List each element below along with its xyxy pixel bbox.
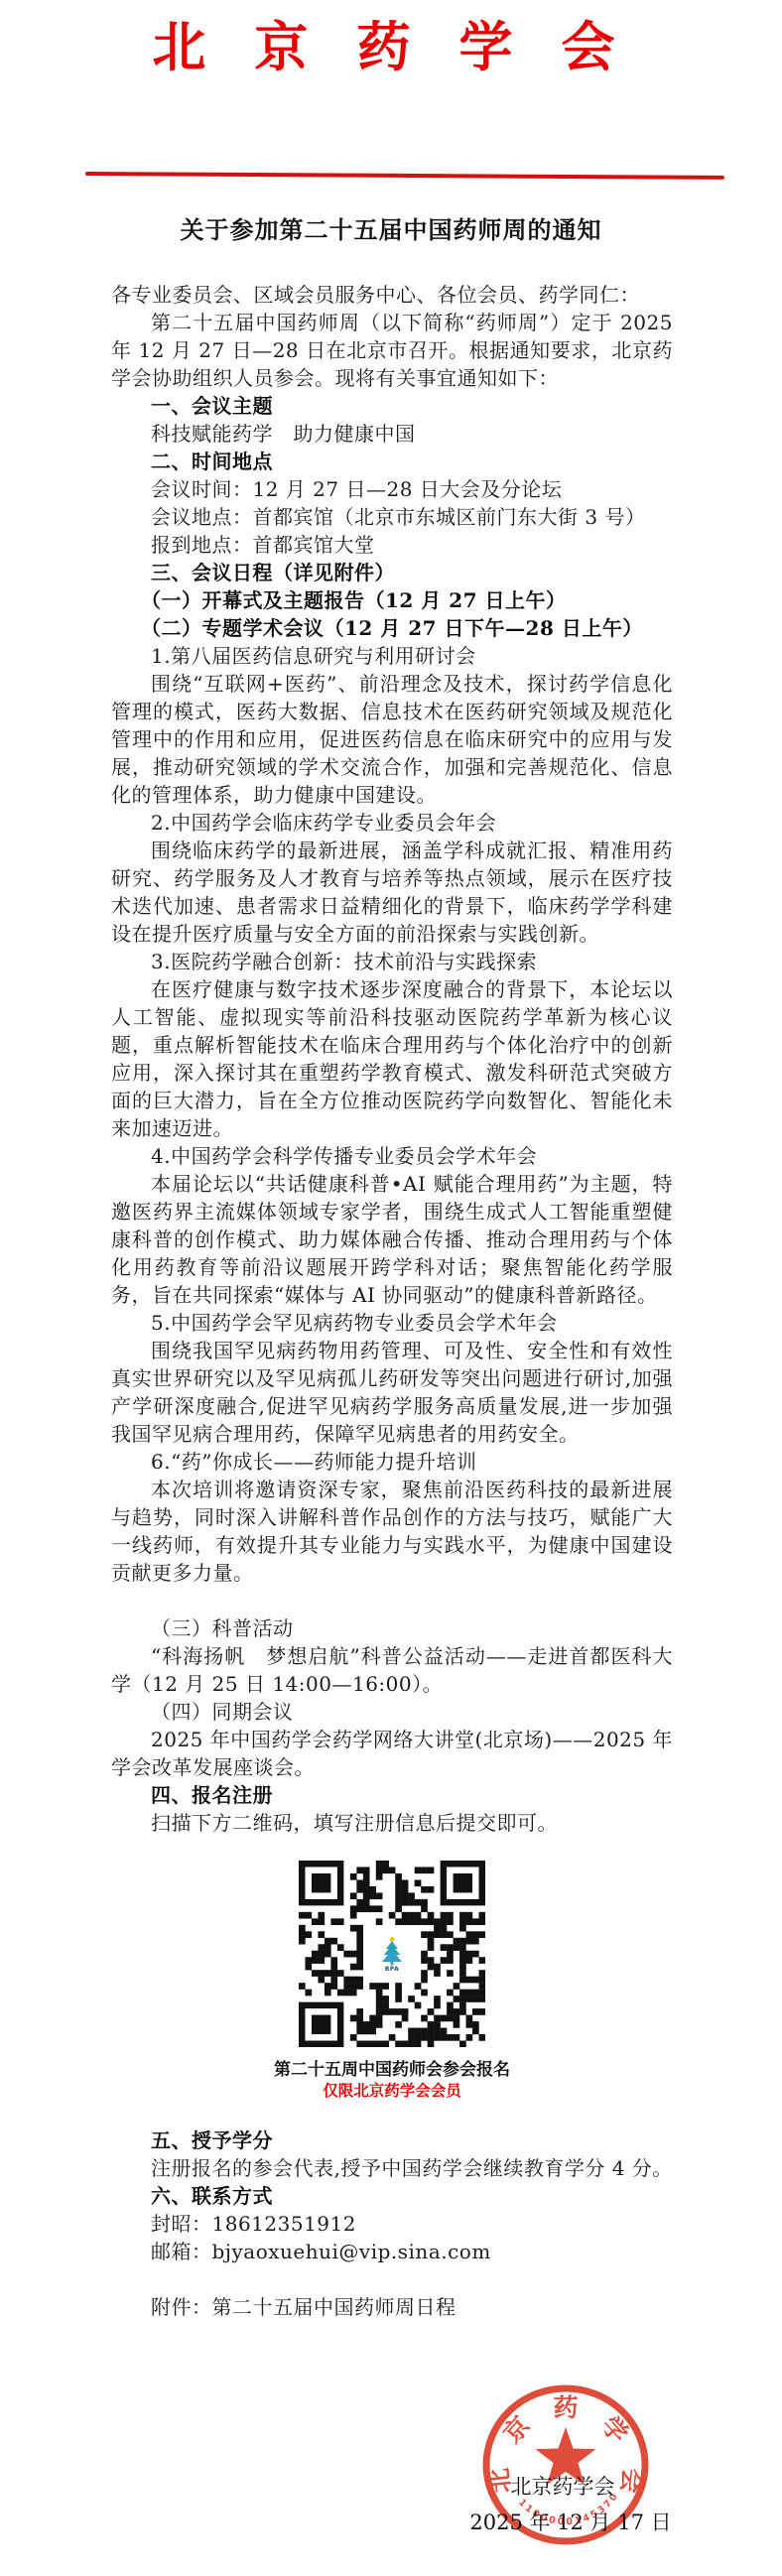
paragraph: 科技赋能药学 助力健康中国 — [111, 420, 673, 448]
document-body: 各专业委员会、区域会员服务中心、各位会员、药学同仁：第二十五届中国药师周（以下简… — [111, 281, 673, 2321]
section-heading: 一、会议主题 — [111, 392, 673, 420]
sub-heading: （二）专题学术会议（12 月 27 日下午—28 日上午） — [111, 614, 673, 642]
paragraph: 报到地点：首都宾馆大堂 — [111, 531, 673, 559]
paragraph: （四）同期会议 — [111, 1698, 673, 1726]
paragraph: 围绕临床药学的最新进展，涵盖学科成就汇报、精准用药研究、药学服务及人才教育与培养… — [111, 837, 673, 948]
paragraph: 注册报名的参会代表,授予中国药学会继续教育学分 4 分。 — [111, 2154, 673, 2182]
paragraph: 5.中国药学会罕见病药物专业委员会学术年会 — [111, 1309, 673, 1337]
qr-members-only-note: 仅限北京药学会会员 — [111, 2081, 673, 2101]
bpa-logo-icon: BPA — [377, 1936, 407, 1972]
body-blocks-top: 各专业委员会、区域会员服务中心、各位会员、药学同仁：第二十五届中国药师周（以下简… — [111, 281, 673, 1837]
section-heading: 四、报名注册 — [111, 1781, 673, 1809]
notice-page: 北 京 药 学 会 关于参加第二十五届中国药师周的通知 各专业委员会、区域会员服… — [0, 0, 782, 2576]
paragraph: 封昭：18612351912 — [111, 2210, 673, 2238]
signature-organization: 北京药学会 — [463, 2471, 662, 2501]
paragraph: 围绕我国罕见病药物用药管理、可及性、安全性和有效性真实世界研究以及罕见病孤儿药研… — [111, 1337, 673, 1448]
paragraph: 第二十五届中国药师周（以下简称“药师周”）定于 2025 年 12 月 27 日… — [111, 309, 673, 392]
section-heading: 六、联系方式 — [111, 2182, 673, 2210]
paragraph: 会议时间：12 月 27 日—28 日大会及分论坛 — [111, 475, 673, 503]
paragraph: 围绕“互联网+医药”、前沿理念及技术，探讨药学信息化管理的模式，医药大数据、信息… — [111, 670, 673, 809]
paragraph: 附件：第二十五届中国药师周日程 — [111, 2293, 673, 2321]
paragraph: 6.“药”你成长——药师能力提升培训 — [111, 1448, 673, 1476]
paragraph: 本次培训将邀请资深专家，聚焦前沿医药科技的最新进展与趋势，同时深入讲解科普作品创… — [111, 1476, 673, 1587]
paragraph: 扫描下方二维码，填写注册信息后提交即可。 — [111, 1809, 673, 1837]
paragraph: 在医疗健康与数字技术逐步深度融合的背景下，本论坛以人工智能、虚拟现实等前沿科技驱… — [111, 975, 673, 1142]
document-title: 关于参加第二十五届中国药师周的通知 — [0, 210, 782, 245]
body-blocks-bottom: 五、授予学分注册报名的参会代表,授予中国药学会继续教育学分 4 分。六、联系方式… — [111, 2126, 673, 2321]
section-heading: 三、会议日程（详见附件） — [111, 559, 673, 586]
paragraph: 1.第八届医药信息研究与利用研讨会 — [111, 642, 673, 670]
paragraph: 本届论坛以“共话健康科普•AI 赋能合理用药”为主题，特邀医药界主流媒体领域专家… — [111, 1170, 673, 1309]
paragraph: （三）科普活动 — [111, 1614, 673, 1642]
section-heading: 五、授予学分 — [111, 2126, 673, 2154]
header-divider — [85, 172, 724, 180]
seal-ring-char: 药 — [553, 2393, 578, 2422]
paragraph: 会议地点：首都宾馆（北京市东城区前门东大街 3 号） — [111, 503, 673, 531]
paragraph: 邮箱：bjyaoxuehui@vip.sina.com — [111, 2238, 673, 2265]
registration-qr-block: BPA 第二十五周中国药师会参会报名 仅限北京药学会会员 — [111, 1861, 673, 2101]
paragraph: 4.中国药学会科学传播专业委员会学术年会 — [111, 1142, 673, 1170]
signature-date: 2025 年 12 月 17 日 — [458, 2507, 683, 2536]
paragraph: 2.中国药学会临床药学专业委员会年会 — [111, 809, 673, 837]
sub-heading: （一）开幕式及主题报告（12 月 27 日上午） — [111, 586, 673, 614]
paragraph: 3.医院药学融合创新：技术前沿与实践探索 — [111, 948, 673, 975]
svg-text:BPA: BPA — [385, 1966, 400, 1972]
paragraph: 2025 年中国药学会药学网络大讲堂(北京场)——2025 年学会改革发展座谈会… — [111, 1726, 673, 1781]
association-title: 北 京 药 学 会 — [0, 12, 782, 81]
paragraph: 各专业委员会、区域会员服务中心、各位会员、药学同仁： — [111, 281, 673, 309]
qr-caption: 第二十五周中国药师会参会报名 — [111, 2060, 673, 2081]
paragraph: “科海扬帆 梦想启航”科普公益活动——走进首都医科大学（12 月 25 日 14… — [111, 1642, 673, 1698]
qr-code: BPA — [299, 1861, 485, 2047]
section-heading: 二、时间地点 — [111, 448, 673, 475]
